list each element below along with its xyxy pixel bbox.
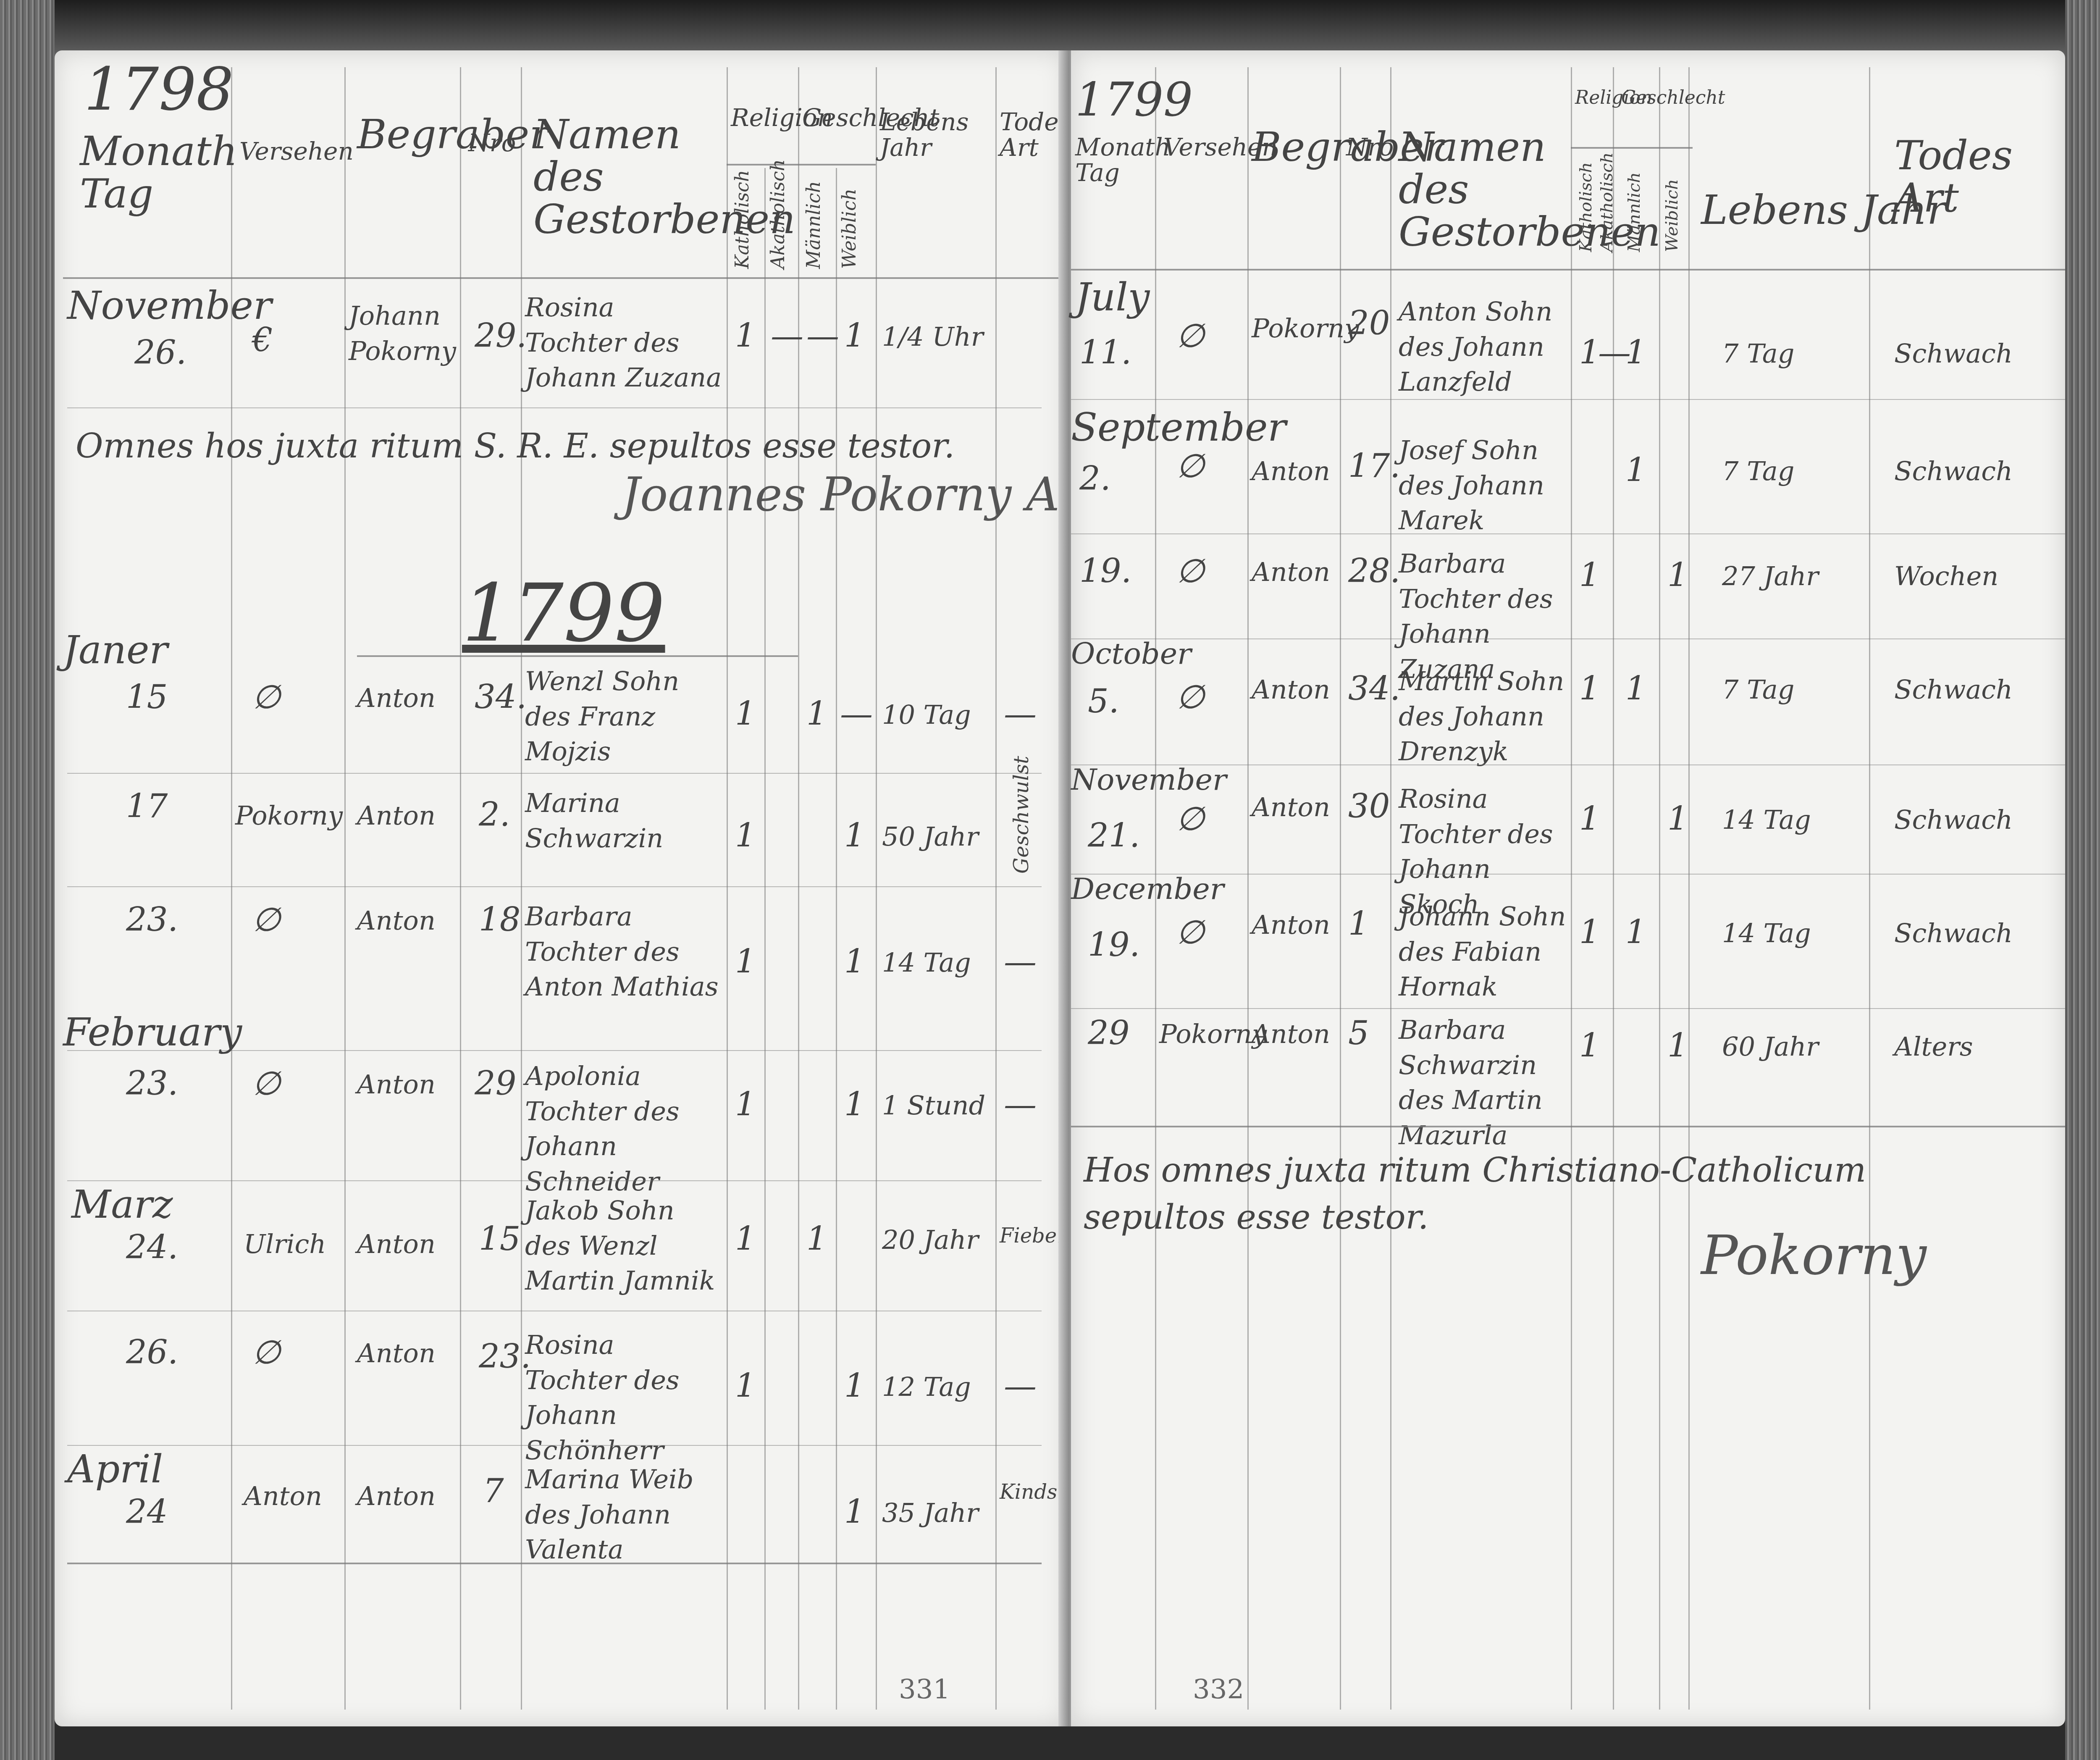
column-header-begraber: Begraber <box>357 113 458 156</box>
sub-header-male: Männlich <box>804 181 824 269</box>
entry-catholic: 1 <box>735 1088 756 1122</box>
entry-month: July <box>1075 277 1150 318</box>
entry-name: Marina Schwarzin <box>525 785 722 856</box>
entry-day: 29 <box>1088 1017 1129 1051</box>
entry-versehen: ∅ <box>252 903 281 938</box>
column-header-age: Lebens Jahr <box>880 109 989 160</box>
entry-versehen: ∅ <box>1176 319 1205 354</box>
entry-catholic: 1 <box>1579 802 1600 837</box>
row-rule <box>67 1180 1042 1181</box>
page-number: 332 <box>1193 1676 1244 1704</box>
entry-nro: 23. <box>479 1340 531 1374</box>
entry-cause: Kindsnoth <box>1000 1479 1050 1506</box>
entry-day: 24 <box>126 1495 168 1530</box>
entry-age: 60 Jahr <box>1722 1029 1819 1064</box>
entry-day: 15 <box>126 680 168 715</box>
column-rule <box>995 67 997 1710</box>
row-rule <box>67 773 1042 774</box>
entry-day: 24. <box>126 1231 178 1265</box>
row-rule <box>67 1445 1042 1446</box>
entry-cause: Wochen <box>1894 559 1998 594</box>
entry-cause: — <box>1004 697 1037 732</box>
column-header-month-day: Monath Tag <box>1075 134 1155 186</box>
entry-noncatholic: — <box>771 319 803 354</box>
entry-versehen: Pokorny <box>1159 1017 1267 1052</box>
entry-month: November <box>67 286 272 326</box>
entry-name: Barbara Tochter des Anton Mathias <box>525 899 722 1004</box>
entry-name: Apolonia Tochter des Johann Schneider <box>525 1059 722 1199</box>
closing-note-1798: Omnes hos juxta ritum S. R. E. sepultos … <box>76 428 955 464</box>
entry-nro: 1 <box>1348 907 1369 942</box>
entry-catholic: 1 <box>1579 336 1600 370</box>
entry-versehen: ∅ <box>252 1336 281 1370</box>
entry-male: 1 <box>1625 672 1646 707</box>
column-rule <box>1247 67 1249 1710</box>
sub-header-noncatholic: Akatholisch <box>769 159 788 269</box>
entry-cause: Alters <box>1894 1029 1973 1064</box>
row-rule <box>67 407 1042 408</box>
entry-begraber: Pokorny <box>1252 311 1359 346</box>
column-rule <box>876 67 877 1710</box>
entry-cause: Schwach <box>1894 672 2013 707</box>
entry-catholic: 1 <box>1579 916 1600 950</box>
entry-nro: 5 <box>1348 1017 1369 1051</box>
entry-nro: 29. <box>475 319 527 354</box>
entry-begraber: Anton <box>357 680 436 716</box>
entry-nro: 28. <box>1348 554 1400 589</box>
entry-month: February <box>63 1012 242 1053</box>
sub-header-rule <box>727 164 876 165</box>
entry-name: Josef Sohn des Johann Marek <box>1399 433 1567 538</box>
entry-versehen: ∅ <box>1176 802 1205 837</box>
table-end-rule <box>67 1563 1042 1564</box>
header-rule <box>1071 269 2065 271</box>
column-header-sex: Geschlecht <box>1621 88 1725 108</box>
entry-cause: Geschwulst <box>1008 756 1035 874</box>
entry-female: 1 <box>1667 559 1688 593</box>
page-number: 331 <box>899 1676 950 1704</box>
column-rule <box>836 168 837 1710</box>
entry-cause: Schwach <box>1894 336 2013 371</box>
sub-header-female: Weiblich <box>840 189 859 269</box>
page-edges-right <box>2065 0 2100 1760</box>
column-rule <box>344 67 346 1710</box>
entry-day: 19. <box>1079 554 1131 589</box>
entry-begraber: Anton <box>1252 672 1330 707</box>
entry-month: Janer <box>63 630 168 671</box>
entry-age: 12 Tag <box>882 1369 971 1405</box>
entry-month: October <box>1071 638 1192 670</box>
sub-header-female: Weiblich <box>1663 179 1681 252</box>
entry-day: 2. <box>1079 462 1110 496</box>
column-rule <box>1659 67 1660 1710</box>
entry-catholic: 1 <box>735 945 756 980</box>
entry-cause: Fieber <box>1000 1222 1066 1250</box>
entry-versehen: Ulrich <box>244 1227 326 1262</box>
entry-catholic: 1 <box>735 319 756 354</box>
sub-header-noncatholic: Akatholisch <box>1598 152 1616 252</box>
sub-header-male: Männlich <box>1625 172 1643 252</box>
entry-month: April <box>67 1449 163 1490</box>
entry-age: 10 Tag <box>882 697 971 733</box>
header-rule <box>63 277 1058 279</box>
entry-female: — <box>840 697 873 732</box>
entry-begraber: Anton <box>357 1336 436 1371</box>
entry-male: 1 <box>806 697 827 732</box>
entry-nro: 34. <box>1348 672 1400 707</box>
entry-nro: 15 <box>479 1222 520 1257</box>
entry-age: 14 Tag <box>882 945 971 980</box>
entry-versehen: ∅ <box>252 680 281 715</box>
entry-age: 7 Tag <box>1722 454 1794 489</box>
entry-cause: — <box>1004 945 1037 980</box>
entry-name: Jakob Sohn des Wenzl Martin Jamnik <box>525 1193 722 1298</box>
entry-begraber: Anton <box>357 1067 436 1102</box>
column-header-name: Namen des Gestorbenen <box>1399 126 1567 253</box>
entry-female: 1 <box>844 1088 865 1122</box>
column-rule <box>1688 67 1690 1710</box>
column-rule <box>521 67 522 1710</box>
entry-cause: Schwach <box>1894 916 2013 951</box>
row-rule <box>1071 1008 2065 1009</box>
column-header-name: Namen des Gestorbenen <box>533 113 718 240</box>
entry-nro: 18 <box>479 903 520 938</box>
column-rule <box>1571 67 1572 1710</box>
entry-day: 19. <box>1088 928 1140 963</box>
entry-age: 14 Tag <box>1722 916 1811 951</box>
entry-nro: 17. <box>1348 449 1400 484</box>
entry-age: 7 Tag <box>1722 672 1794 707</box>
column-header-versehen: Versehen <box>239 139 354 164</box>
column-rule <box>1869 67 1870 1710</box>
entry-month: December <box>1071 874 1224 905</box>
entry-age: 7 Tag <box>1722 336 1794 371</box>
entry-nro: 7 <box>483 1474 504 1509</box>
entry-female: 1 <box>844 819 865 854</box>
entry-female: 1 <box>844 945 865 980</box>
entry-day: 17 <box>126 790 168 824</box>
year-header: 1799 <box>1075 76 1193 124</box>
entry-age: 20 Jahr <box>882 1222 979 1258</box>
entry-age: 27 Jahr <box>1722 559 1819 594</box>
entry-versehen: ∅ <box>1176 680 1205 715</box>
entry-name: Wenzl Sohn des Franz Mojzis <box>525 664 722 769</box>
right-page: 1799 Monath Tag Versehen Begraber Nro Na… <box>1071 50 2065 1726</box>
entry-begraber: Anton <box>357 1227 436 1262</box>
entry-catholic: 1 <box>735 697 756 732</box>
entry-versehen: ∅ <box>1176 449 1205 484</box>
entry-cause: Schwach <box>1894 802 2013 838</box>
entry-begraber: Anton <box>1252 454 1330 489</box>
entry-age: 1 Stund <box>882 1088 985 1123</box>
entry-versehen: ∅ <box>252 1067 281 1101</box>
entry-begraber: Anton <box>1252 554 1330 590</box>
row-rule <box>1071 533 2065 534</box>
entry-versehen: Anton <box>244 1479 322 1514</box>
entry-male: 1 <box>1625 336 1646 370</box>
column-header-cause: Todes Art <box>1894 134 2012 219</box>
entry-name: Rosina Tochter des Johann Schönherr <box>525 1327 722 1468</box>
entry-cause: Schwach <box>1894 454 2013 489</box>
entry-age: 35 Jahr <box>882 1495 979 1531</box>
entry-catholic: 1 <box>1579 672 1600 707</box>
entry-catholic: 1 <box>735 1222 756 1257</box>
entry-catholic: 1 <box>1625 454 1646 488</box>
year-rule <box>357 655 798 657</box>
entry-day: 26. <box>126 1336 178 1370</box>
entry-female: 1 <box>1667 802 1688 837</box>
column-header-nro: Nro <box>468 130 516 156</box>
row-rule <box>67 1311 1042 1311</box>
entry-male: — <box>806 319 839 354</box>
entry-age: 1/4 Uhr <box>882 319 983 355</box>
table-end-rule <box>1071 1126 2065 1127</box>
page-edges-left <box>0 0 55 1760</box>
entry-begraber: Anton <box>357 798 436 833</box>
entry-catholic: 1 <box>735 819 756 854</box>
column-rule <box>798 67 799 1710</box>
left-page: 1798 Monath Tag Versehen Begraber Nro Na… <box>55 50 1067 1726</box>
column-rule <box>1613 67 1614 1710</box>
entry-versehen: € <box>252 323 273 358</box>
column-header-begraber: Begraber <box>1252 126 1340 168</box>
entry-nro: 30 <box>1348 790 1390 824</box>
entry-day: 23. <box>126 903 178 938</box>
entry-nro: 29 <box>475 1067 516 1101</box>
column-header-cause: Todes Art <box>1000 109 1063 160</box>
column-rule <box>727 67 728 1710</box>
entry-female: 1 <box>844 1369 865 1404</box>
entry-name: Rosina Tochter des Johann Zuzana <box>525 290 722 395</box>
entry-catholic: 1 <box>1579 559 1600 593</box>
year-header-1799: 1799 <box>462 571 665 655</box>
column-header-versehen: Versehen <box>1163 134 1243 160</box>
entry-cause: — <box>1004 1369 1037 1404</box>
entry-catholic: 1 <box>735 1369 756 1404</box>
sub-header-catholic: Katholisch <box>733 170 752 269</box>
entry-nro: 34. <box>475 680 527 715</box>
entry-begraber: Anton <box>357 1479 436 1514</box>
entry-age: 14 Tag <box>1722 802 1811 838</box>
sub-header-rule <box>1571 147 1693 149</box>
entry-name: Anton Sohn des Johann Lanzfeld <box>1399 294 1567 399</box>
row-rule <box>1071 638 2065 639</box>
entry-versehen: ∅ <box>1176 554 1205 589</box>
entry-begraber: Anton <box>1252 790 1330 825</box>
year-header: 1798 <box>84 59 234 121</box>
entry-begraber: Anton <box>1252 1017 1330 1052</box>
entry-male: 1 <box>1625 916 1646 950</box>
entry-name: Johann Sohn des Fabian Hornak <box>1399 899 1567 1004</box>
entry-begraber: Anton <box>357 903 436 938</box>
entry-month: September <box>1071 407 1286 448</box>
column-header-nro: Nro <box>1346 134 1394 160</box>
entry-begraber: Johann Pokorny <box>349 298 458 368</box>
entry-day: 23. <box>126 1067 178 1101</box>
sub-header-catholic: Katholisch <box>1577 162 1595 252</box>
column-header-month-day: Monath Tag <box>80 130 218 215</box>
entry-begraber: Anton <box>1252 907 1330 943</box>
column-rule <box>460 67 461 1710</box>
entry-month: November <box>1071 764 1226 796</box>
column-rule <box>764 168 766 1710</box>
entry-male: 1 <box>806 1222 827 1257</box>
row-rule <box>1071 399 2065 400</box>
entry-nro: 2. <box>479 798 510 833</box>
row-rule <box>67 886 1042 887</box>
entry-age: 50 Jahr <box>882 819 979 854</box>
signature-1799: Pokorny <box>1701 1227 1927 1284</box>
entry-cause: — <box>1004 1088 1037 1122</box>
entry-nro: 20 <box>1348 307 1390 341</box>
entry-month: Marz <box>71 1185 173 1225</box>
entry-name: Martin Sohn des Johann Drenzyk <box>1399 664 1567 769</box>
entry-day: 5. <box>1088 685 1119 719</box>
entry-versehen: Pokorny <box>235 798 343 833</box>
entry-female: 1 <box>1667 1029 1688 1064</box>
entry-day: 21. <box>1088 819 1140 854</box>
entry-name: Marina Weib des Johann Valenta <box>525 1462 722 1567</box>
entry-female: 1 <box>844 1495 865 1530</box>
entry-female: 1 <box>844 319 865 354</box>
entry-day: 26. <box>134 336 186 370</box>
entry-day: 11. <box>1079 336 1131 370</box>
column-rule <box>1390 67 1391 1710</box>
entry-versehen: ∅ <box>1176 916 1205 950</box>
entry-name: Barbara Schwarzin des Martin Mazurla <box>1399 1012 1567 1153</box>
entry-catholic: 1 <box>1579 1029 1600 1064</box>
